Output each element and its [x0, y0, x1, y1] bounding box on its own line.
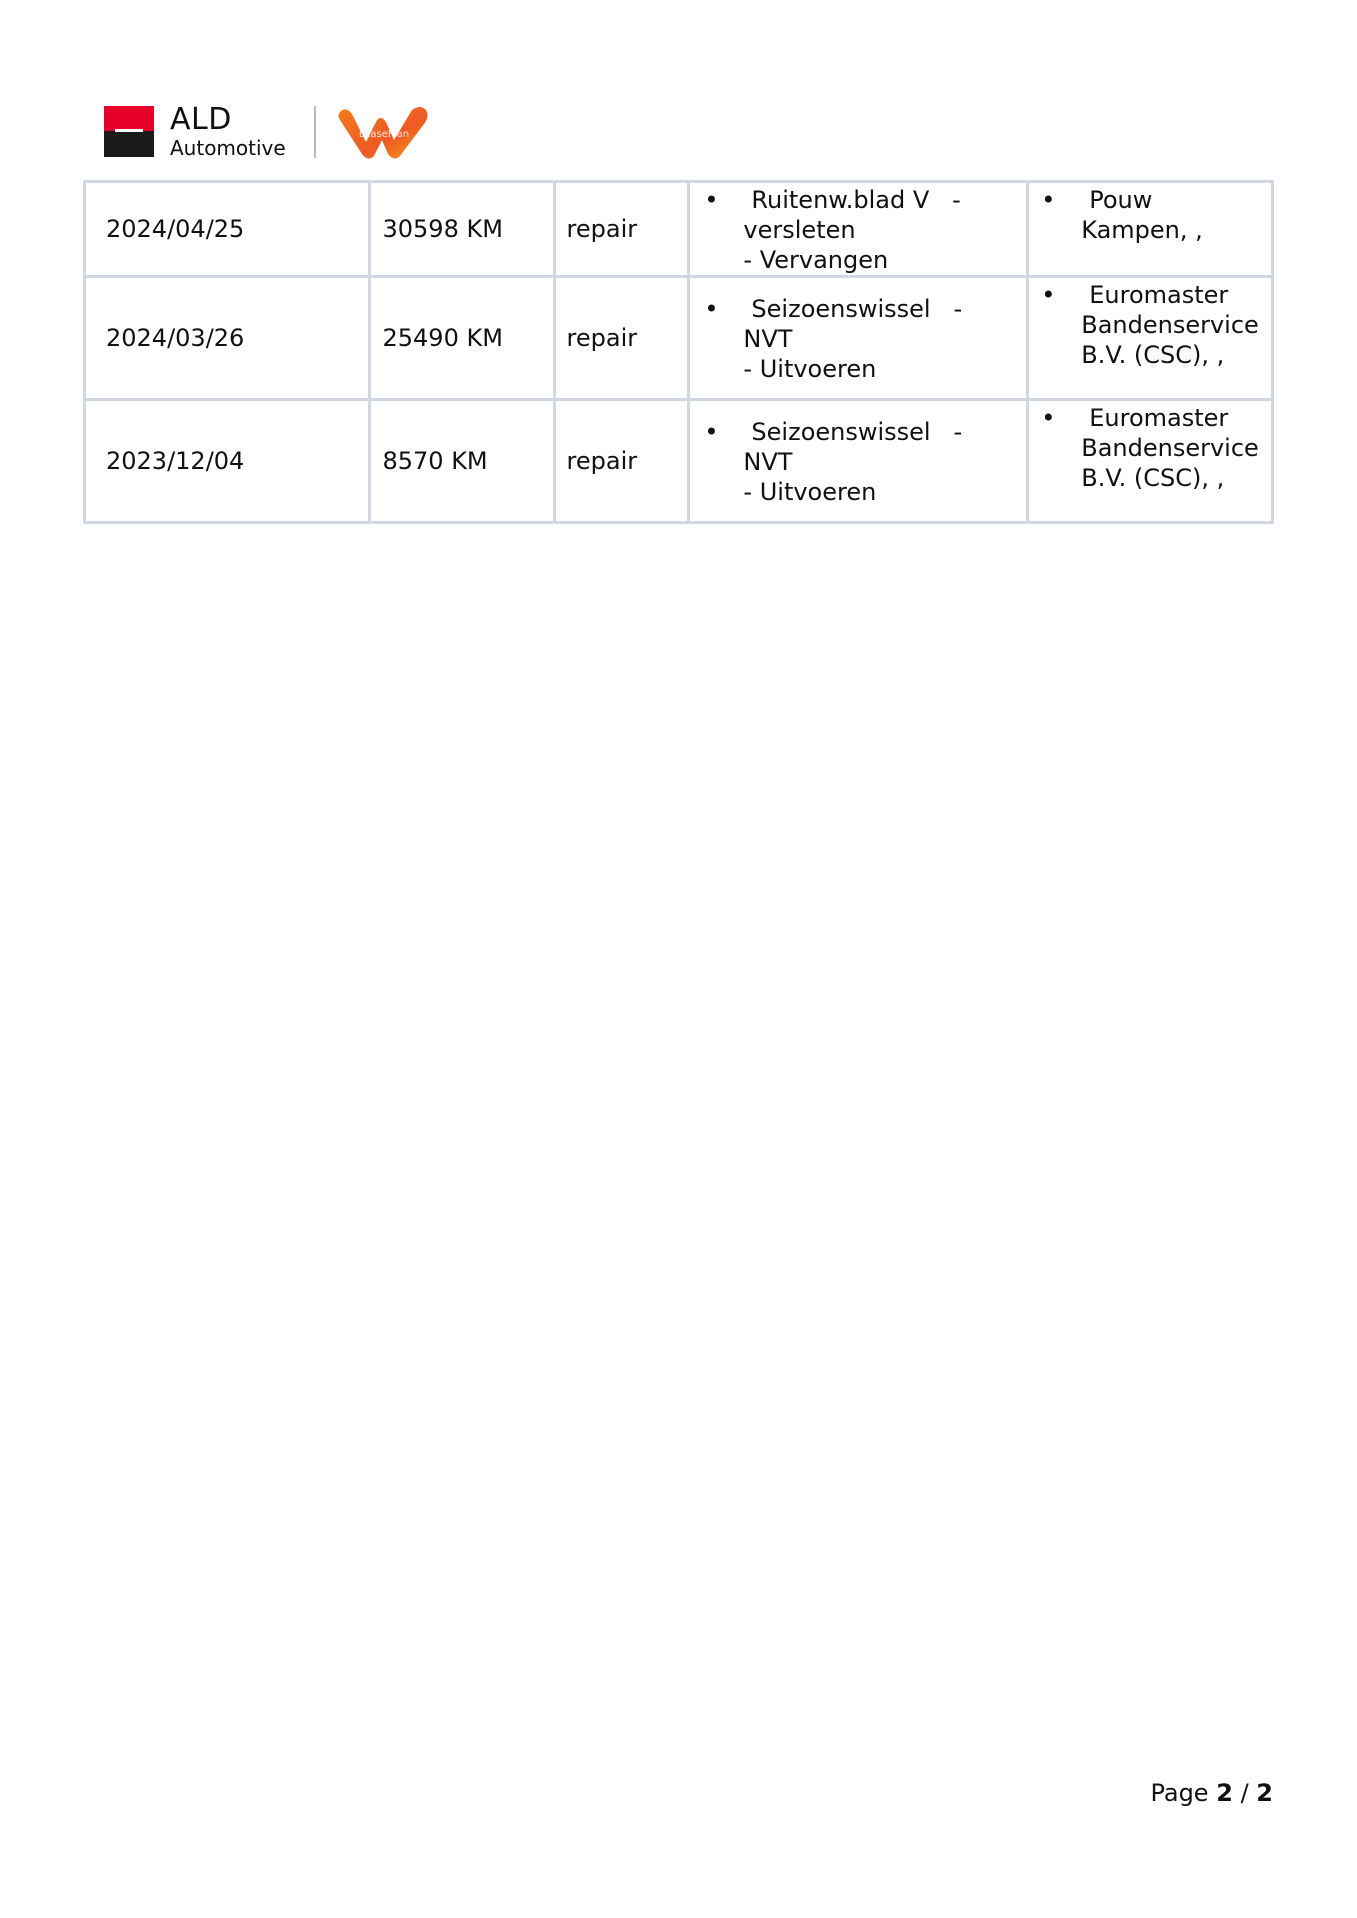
- bullet-icon: •: [1041, 403, 1055, 433]
- supplier-list-item: • Euromaster Bandenservice B.V. (CSC), ,: [1029, 401, 1271, 493]
- description-line: versleten: [743, 215, 1026, 245]
- description-line: - Uitvoeren: [743, 477, 1026, 507]
- cell-description: • Seizoenswissel - NVT - Uitvoeren: [689, 400, 1028, 523]
- cell-date: 2024/03/26: [85, 277, 370, 400]
- ald-brand-subtitle: Automotive: [170, 136, 286, 160]
- description-line: NVT: [743, 447, 1026, 477]
- bullet-icon: •: [704, 294, 718, 324]
- supplier-line: Kampen, ,: [1081, 215, 1271, 245]
- description-line: NVT: [743, 324, 1026, 354]
- supplier-list-item: • Pouw Kampen, ,: [1029, 183, 1271, 245]
- cell-type: repair: [554, 277, 689, 400]
- description-line: Seizoenswissel -: [743, 417, 1026, 447]
- supplier-line: Euromaster: [1081, 280, 1271, 310]
- cell-type: repair: [554, 400, 689, 523]
- table-row: 2023/12/04 8570 KM repair • Seizoenswiss…: [85, 400, 1273, 523]
- cell-supplier: • Pouw Kampen, ,: [1028, 182, 1273, 277]
- cell-supplier: • Euromaster Bandenservice B.V. (CSC), ,: [1028, 400, 1273, 523]
- bullet-icon: •: [704, 185, 718, 215]
- leaseplan-logo-icon: LeasePlan: [336, 104, 432, 160]
- cell-date: 2024/04/25: [85, 182, 370, 277]
- description-line: - Uitvoeren: [743, 354, 1026, 384]
- ald-logo-mark: [104, 106, 154, 157]
- page-separator: /: [1241, 1779, 1249, 1807]
- page-indicator: Page 2 / 2: [1150, 1778, 1273, 1808]
- table-row: 2024/04/25 30598 KM repair • Ruitenw.bla…: [85, 182, 1273, 277]
- current-page: 2: [1216, 1779, 1233, 1807]
- table-row: 2024/03/26 25490 KM repair • Seizoenswis…: [85, 277, 1273, 400]
- ald-logo-white-bar: [115, 129, 143, 132]
- page-label: Page: [1150, 1779, 1208, 1807]
- supplier-list-item: • Euromaster Bandenservice B.V. (CSC), ,: [1029, 278, 1271, 370]
- supplier-line: Bandenservice: [1081, 310, 1271, 340]
- ald-brand-name: ALD: [170, 104, 232, 136]
- cell-description: • Ruitenw.blad V - versleten - Vervangen: [689, 182, 1028, 277]
- description-list-item: • Ruitenw.blad V - versleten - Vervangen: [690, 183, 1026, 275]
- total-pages: 2: [1256, 1779, 1273, 1807]
- bullet-icon: •: [704, 417, 718, 447]
- cell-mileage: 30598 KM: [370, 182, 554, 277]
- logo-divider: [314, 106, 316, 158]
- description-list-item: • Seizoenswissel - NVT - Uitvoeren: [690, 278, 1026, 384]
- bullet-icon: •: [1041, 185, 1055, 215]
- description-list-item: • Seizoenswissel - NVT - Uitvoeren: [690, 401, 1026, 507]
- supplier-line: Bandenservice: [1081, 433, 1271, 463]
- header-logos: ALD Automotive LeasePlan: [104, 104, 444, 160]
- supplier-line: B.V. (CSC), ,: [1081, 340, 1271, 370]
- maintenance-history-table: 2024/04/25 30598 KM repair • Ruitenw.bla…: [83, 180, 1274, 524]
- description-line: Seizoenswissel -: [743, 294, 1026, 324]
- bullet-icon: •: [1041, 280, 1055, 310]
- ald-logo-black-half: [104, 131, 154, 157]
- cell-date: 2023/12/04: [85, 400, 370, 523]
- ald-logo-red-half: [104, 106, 154, 131]
- description-line: - Vervangen: [743, 245, 1026, 275]
- cell-type: repair: [554, 182, 689, 277]
- description-line: Ruitenw.blad V -: [743, 185, 1026, 215]
- leaseplan-logo-text: LeasePlan: [359, 129, 409, 140]
- supplier-line: B.V. (CSC), ,: [1081, 463, 1271, 493]
- cell-mileage: 25490 KM: [370, 277, 554, 400]
- supplier-line: Pouw: [1081, 185, 1271, 215]
- cell-supplier: • Euromaster Bandenservice B.V. (CSC), ,: [1028, 277, 1273, 400]
- cell-mileage: 8570 KM: [370, 400, 554, 523]
- cell-description: • Seizoenswissel - NVT - Uitvoeren: [689, 277, 1028, 400]
- supplier-line: Euromaster: [1081, 403, 1271, 433]
